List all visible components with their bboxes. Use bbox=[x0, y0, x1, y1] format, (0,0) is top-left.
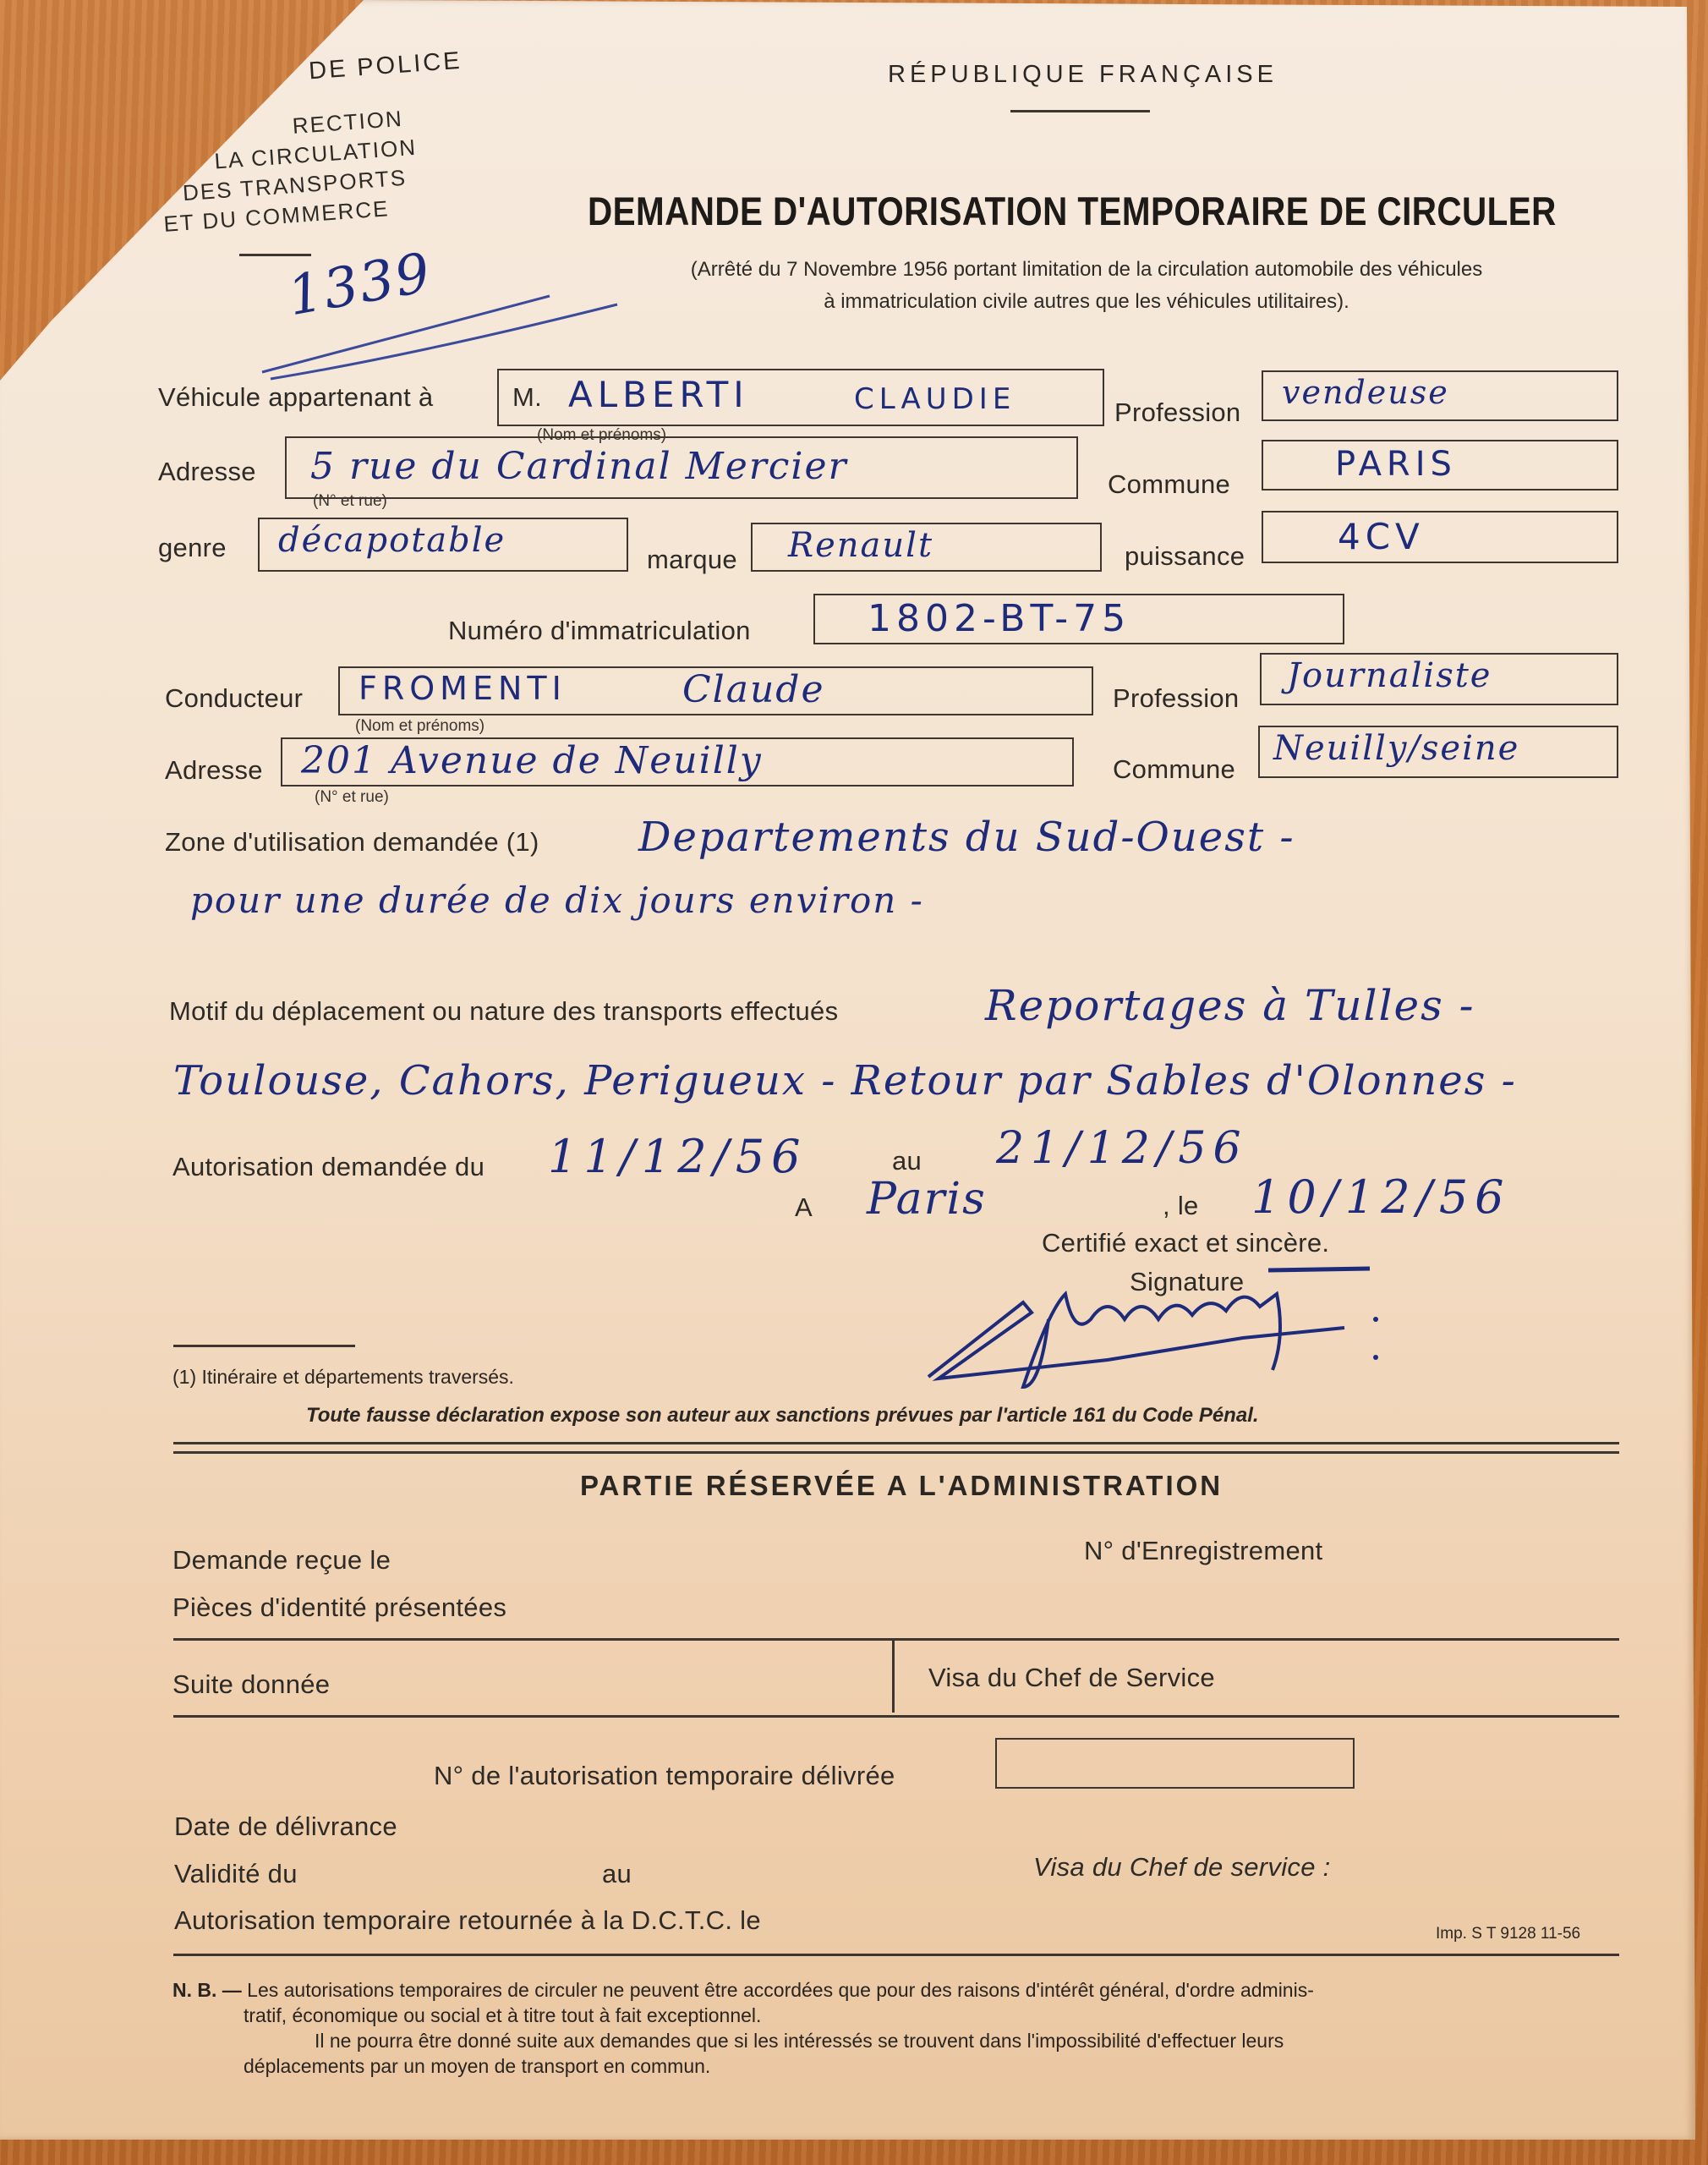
puissance-field[interactable]: 4CV bbox=[1262, 511, 1618, 563]
driver-address-hint: (N° et rue) bbox=[315, 788, 389, 807]
registration-field[interactable]: 1802-BT-75 bbox=[813, 594, 1344, 644]
driver-firstname: Claude bbox=[682, 668, 825, 711]
driver-label: Conducteur bbox=[165, 683, 303, 714]
owner-surname: ALBERTI bbox=[568, 374, 749, 415]
republic-divider bbox=[1010, 110, 1150, 112]
puissance-label: puissance bbox=[1125, 541, 1245, 572]
admin-double-rule-top bbox=[173, 1442, 1619, 1444]
place-value[interactable]: Paris bbox=[867, 1174, 987, 1225]
visa-chef-service-label: Visa du Chef de service : bbox=[1033, 1852, 1331, 1883]
owner-address-label: Adresse bbox=[158, 457, 256, 487]
owner-profession-field[interactable]: vendeuse bbox=[1262, 370, 1618, 421]
nb-prefix: N. B. — bbox=[172, 1979, 242, 2001]
nb-para2-line2: déplacements par un moyen de transport e… bbox=[172, 2053, 1627, 2079]
owner-prefix: M. bbox=[512, 382, 542, 413]
footnote: (1) Itinéraire et départements traversés… bbox=[172, 1366, 514, 1389]
driver-profession-label: Profession bbox=[1113, 683, 1239, 714]
driver-address-value: 201 Avenue de Neuilly bbox=[301, 739, 763, 782]
owner-address-value: 5 rue du Cardinal Mercier bbox=[310, 445, 848, 488]
au-label: au bbox=[892, 1146, 922, 1176]
zone-label: Zone d'utilisation demandée (1) bbox=[165, 827, 539, 858]
signed-date-value[interactable]: 10/12/56 bbox=[1251, 1170, 1511, 1224]
delivery-date-label: Date de délivrance bbox=[174, 1811, 397, 1842]
driver-commune-value: Neuilly/seine bbox=[1273, 729, 1519, 768]
driver-profession-value: Journaliste bbox=[1287, 656, 1492, 695]
marque-value: Renault bbox=[788, 526, 933, 565]
owner-commune-field[interactable]: PARIS bbox=[1262, 440, 1618, 491]
returned-label: Autorisation temporaire retournée à la D… bbox=[174, 1905, 761, 1936]
false-declaration-warning: Toute fausse déclaration expose son aute… bbox=[306, 1404, 1259, 1428]
marque-field[interactable]: Renault bbox=[751, 523, 1102, 572]
registration-label: Numéro d'immatriculation bbox=[448, 616, 751, 646]
admin-double-rule-bottom bbox=[173, 1451, 1619, 1454]
owner-name-field[interactable]: M. ALBERTI CLAUDIE bbox=[497, 369, 1104, 426]
subtitle-line-1: (Arrêté du 7 Novembre 1956 portant limit… bbox=[609, 254, 1564, 286]
marque-label: marque bbox=[647, 545, 737, 575]
admin-rule-3 bbox=[173, 1954, 1619, 1956]
genre-field[interactable]: décapotable bbox=[258, 518, 628, 572]
auth-number-label: N° de l'autorisation temporaire délivrée bbox=[434, 1761, 895, 1791]
auth-number-field[interactable] bbox=[995, 1738, 1355, 1789]
motif-label: Motif du déplacement ou nature des trans… bbox=[169, 996, 838, 1027]
zone-value-line-2[interactable]: pour une durée de dix jours environ - bbox=[190, 880, 924, 921]
owner-profession-label: Profession bbox=[1114, 397, 1240, 428]
owner-address-hint: (N° et rue) bbox=[313, 492, 387, 511]
date-prefix-label: , le bbox=[1163, 1191, 1199, 1221]
nb-para1-line1: Les autorisations temporaires de circule… bbox=[247, 1979, 1314, 2001]
motif-value-line-2[interactable]: Toulouse, Cahors, Perigueux - Retour par… bbox=[173, 1057, 1517, 1104]
place-prefix-label: A bbox=[795, 1192, 813, 1223]
nb-para1-line2: tratif, économique ou social et à titre … bbox=[172, 2003, 1627, 2028]
driver-commune-label: Commune bbox=[1113, 754, 1235, 785]
date-from-value[interactable]: 11/12/56 bbox=[548, 1130, 807, 1183]
driver-name-field[interactable]: FROMENTI Claude bbox=[338, 666, 1093, 715]
certified-label: Certifié exact et sincère. bbox=[1042, 1228, 1329, 1258]
nb-line-1: N. B. — Les autorisations temporaires de… bbox=[172, 1977, 1627, 2003]
republic-label: RÉPUBLIQUE FRANÇAISE bbox=[888, 61, 1278, 89]
nb-para2-line1: Il ne pourra être donné suite aux demand… bbox=[172, 2028, 1627, 2053]
validity-au-label: au bbox=[602, 1859, 632, 1889]
driver-address-field[interactable]: 201 Avenue de Neuilly bbox=[281, 737, 1074, 787]
direction-block: RECTION LA CIRCULATION DES TRANSPORTS ET… bbox=[194, 103, 422, 237]
id-pieces-label: Pièces d'identité présentées bbox=[172, 1592, 506, 1623]
driver-commune-field[interactable]: Neuilly/seine bbox=[1258, 726, 1618, 778]
suite-label: Suite donnée bbox=[172, 1669, 330, 1700]
print-reference: Imp. S T 9128 11-56 bbox=[1436, 1925, 1580, 1943]
owner-commune-label: Commune bbox=[1108, 469, 1230, 500]
owner-profession-value: vendeuse bbox=[1282, 374, 1449, 411]
zone-value-line-1[interactable]: Departements du Sud-Ouest - bbox=[638, 814, 1295, 861]
date-to-value[interactable]: 21/12/56 bbox=[996, 1123, 1248, 1174]
subtitle-line-2: à immatriculation civile autres que les … bbox=[609, 286, 1564, 318]
signature-scribble[interactable] bbox=[922, 1260, 1395, 1404]
form-subtitle: (Arrêté du 7 Novembre 1956 portant limit… bbox=[609, 254, 1564, 318]
form-title: DEMANDE D'AUTORISATION TEMPORAIRE DE CIR… bbox=[588, 188, 1557, 234]
owner-firstname: CLAUDIE bbox=[854, 382, 1015, 416]
registration-number-label: N° d'Enregistrement bbox=[1084, 1536, 1322, 1566]
driver-name-hint: (Nom et prénoms) bbox=[355, 717, 484, 736]
owner-address-field[interactable]: 5 rue du Cardinal Mercier bbox=[285, 436, 1078, 499]
direction-divider bbox=[239, 254, 311, 256]
period-label: Autorisation demandée du bbox=[172, 1152, 484, 1182]
puissance-value: 4CV bbox=[1338, 516, 1425, 557]
motif-value-line-1[interactable]: Reportages à Tulles - bbox=[985, 981, 1475, 1030]
driver-address-label: Adresse bbox=[165, 755, 263, 786]
genre-value: décapotable bbox=[278, 521, 506, 560]
genre-label: genre bbox=[158, 533, 227, 563]
visa-chef-label: Visa du Chef de Service bbox=[928, 1663, 1215, 1693]
admin-rule-2 bbox=[173, 1715, 1619, 1718]
registration-value: 1802-BT-75 bbox=[868, 597, 1130, 640]
admin-section-title: PARTIE RÉSERVÉE A L'ADMINISTRATION bbox=[580, 1470, 1223, 1502]
nb-note: N. B. — Les autorisations temporaires de… bbox=[172, 1977, 1627, 2079]
owner-commune-value: PARIS bbox=[1335, 445, 1457, 484]
owner-label: Véhicule appartenant à bbox=[158, 382, 433, 413]
validity-label: Validité du bbox=[174, 1859, 298, 1889]
admin-rule-1 bbox=[173, 1638, 1619, 1641]
received-label: Demande reçue le bbox=[172, 1545, 391, 1576]
footnote-divider bbox=[173, 1345, 355, 1347]
driver-surname: FROMENTI bbox=[359, 670, 567, 707]
admin-column-divider bbox=[892, 1641, 895, 1713]
driver-profession-field[interactable]: Journaliste bbox=[1260, 653, 1618, 705]
